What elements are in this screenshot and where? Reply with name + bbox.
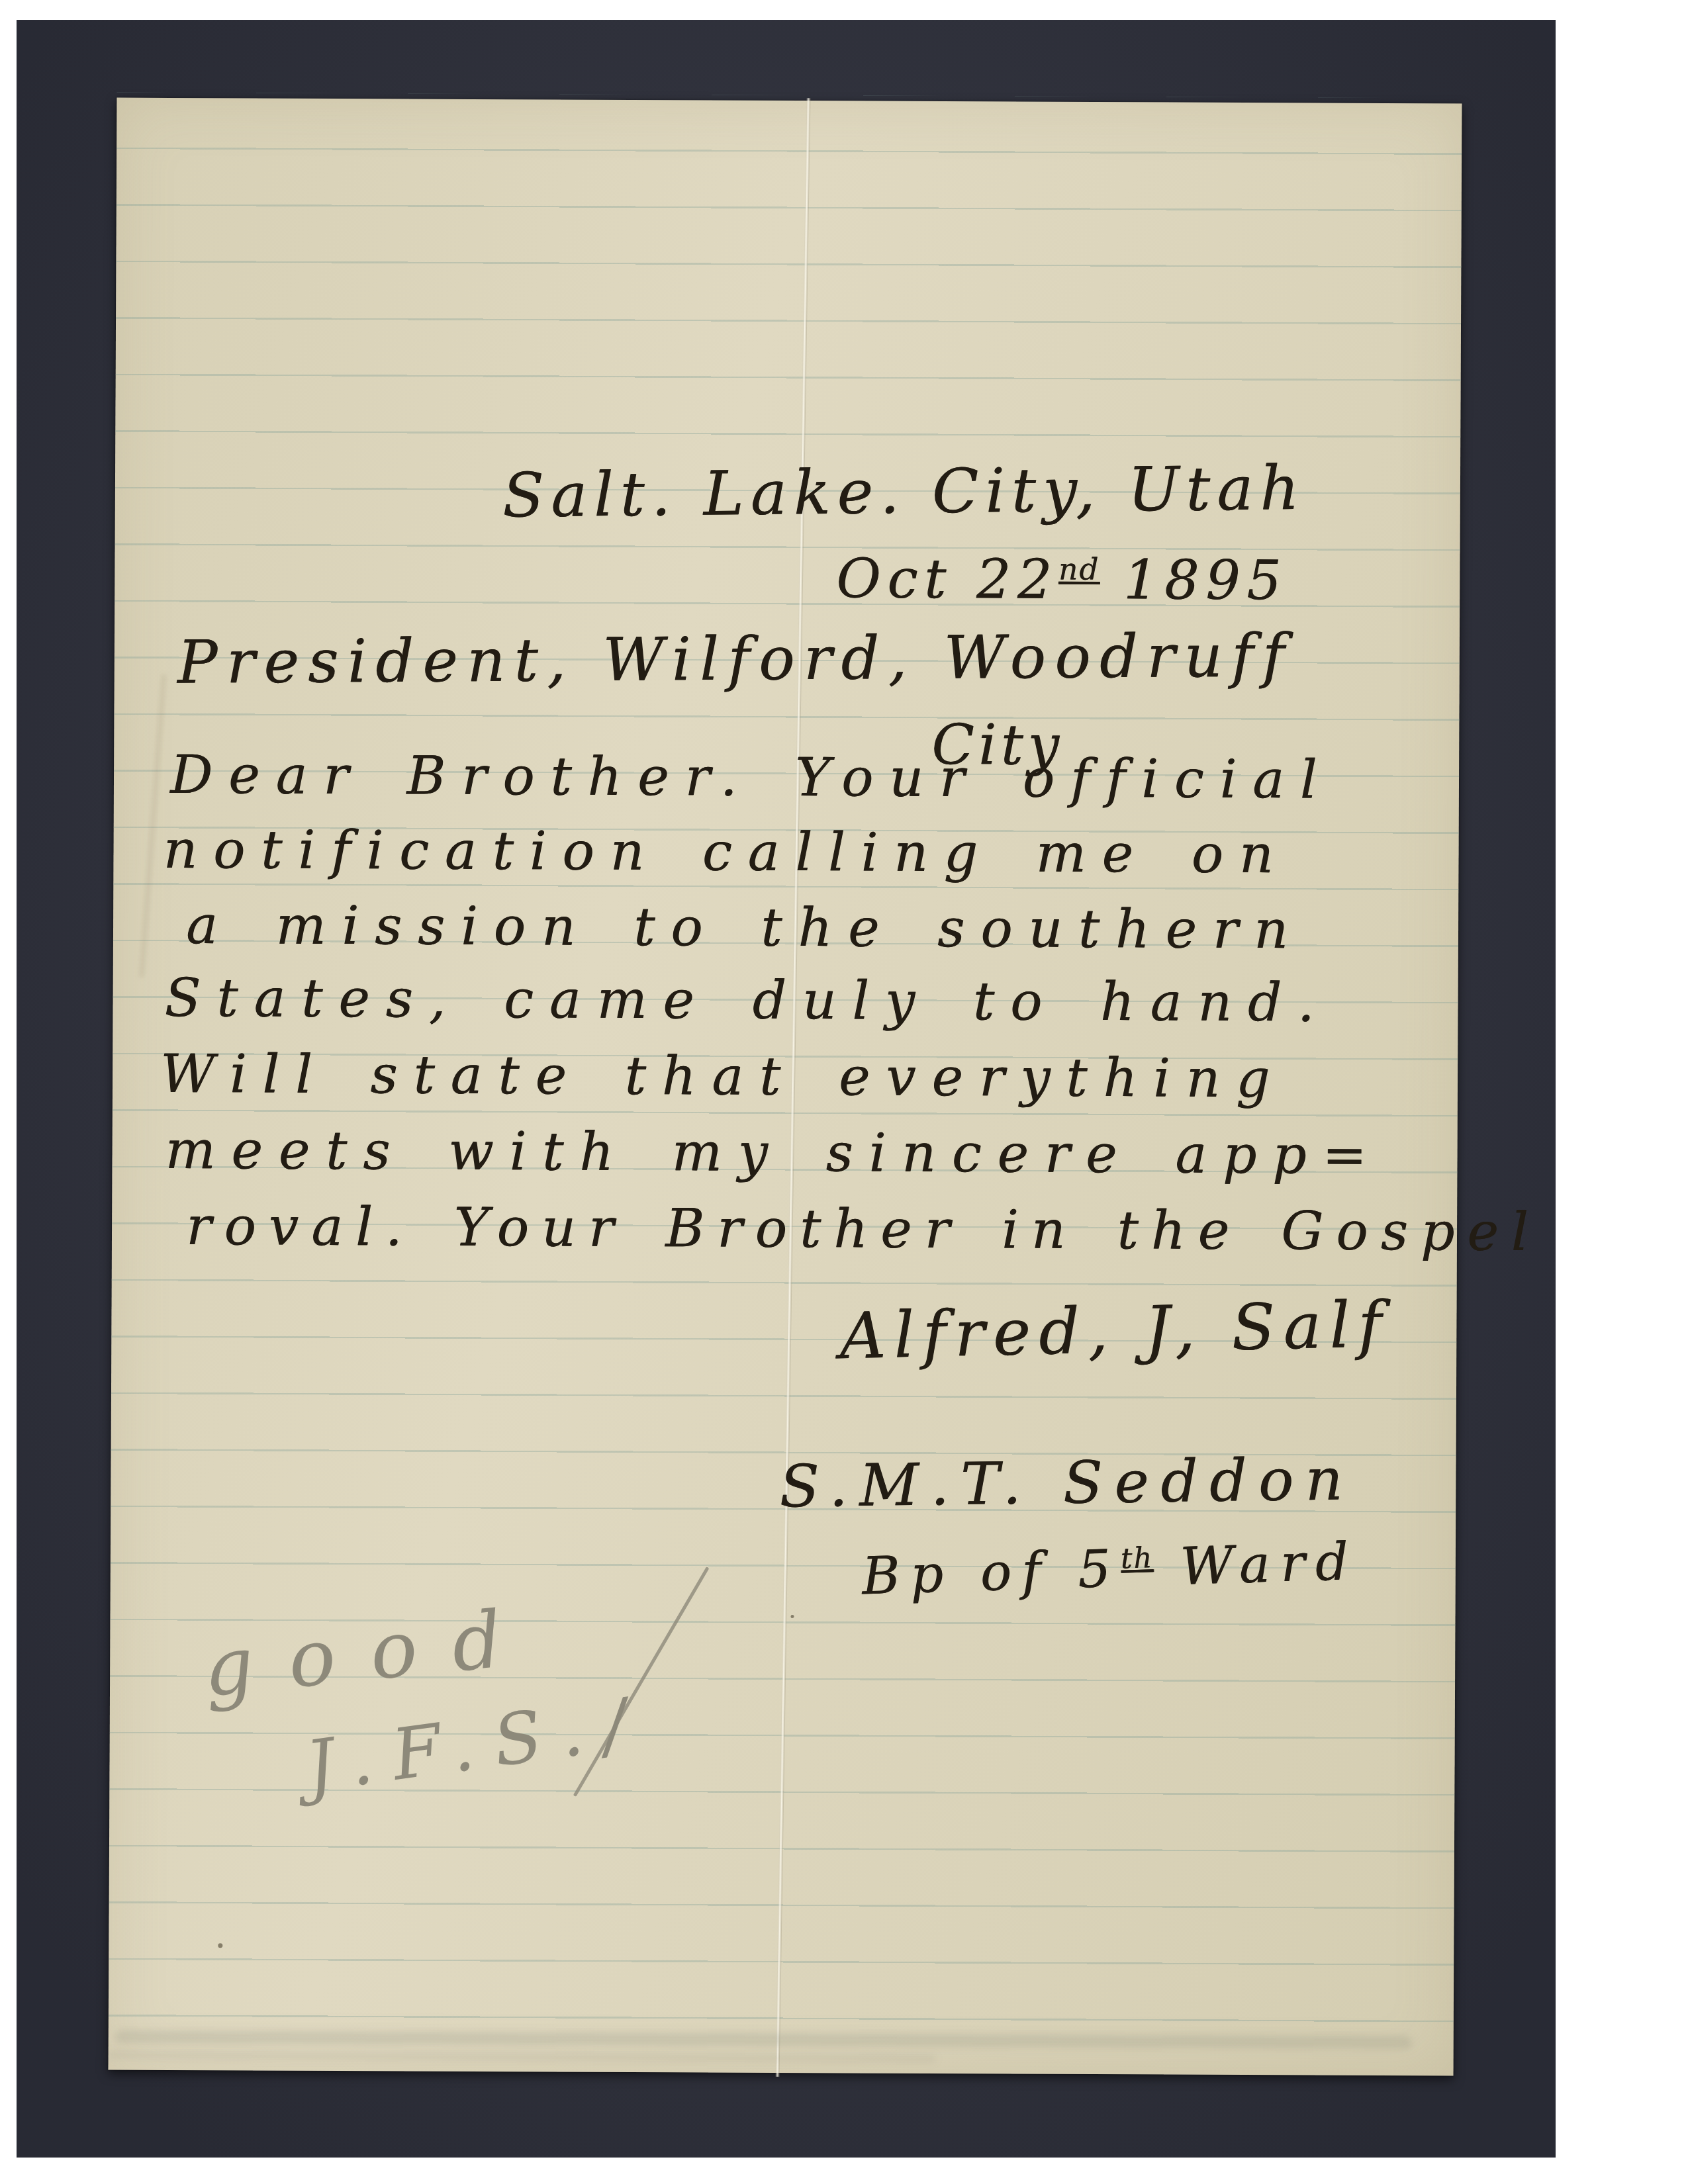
endorser-title: Bp of 5th Ward [861,1536,1360,1603]
body-line: Dear Brother. Your official [170,749,1333,807]
letter-paper: Salt. Lake. City, Utah Oct 22nd 1895 Pre… [109,98,1462,2076]
date-ordinal: nd [1058,551,1100,586]
body-line: notification calling me on [163,823,1289,881]
body-line: roval. Your Brother in the Gospel [186,1200,1541,1259]
recipient-line: President, Wilford, Woodruff [177,627,1293,693]
endorser-title-ordinal: th [1120,1541,1154,1575]
endorser-signature: S.M.T. Seddon [779,1450,1354,1516]
endorser-title-prefix: Bp of 5 [861,1539,1122,1607]
body-line: Will state that everything [160,1048,1286,1105]
date-year: 1895 [1100,549,1288,612]
place-line: Salt. Lake. City, Utah [502,458,1306,527]
ink-speck [790,1615,794,1618]
body-line: meets with my sincere app= [165,1124,1382,1182]
date-day: Oct 22 [836,547,1058,611]
date-line: Oct 22nd 1895 [836,552,1288,608]
body-line: a mission to the southern [186,899,1304,956]
body-line: States, came duly to hand. [164,972,1330,1030]
ink-speck [218,1943,222,1948]
scanned-letter-image: Salt. Lake. City, Utah Oct 22nd 1895 Pre… [0,0,1688,2184]
endorser-title-suffix: Ward [1152,1532,1360,1598]
author-signature: Alfred, J, Salf [839,1293,1390,1368]
